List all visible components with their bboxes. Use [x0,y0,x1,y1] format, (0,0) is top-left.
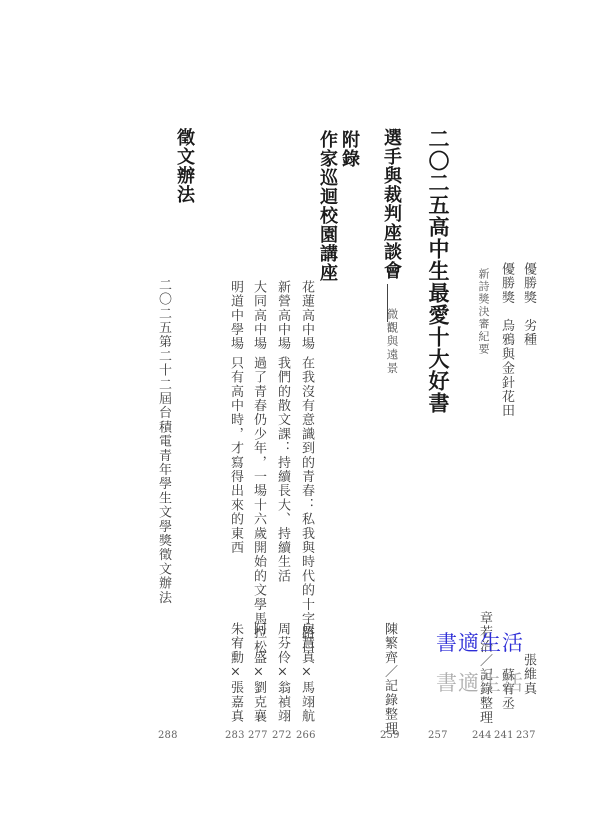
page-number: 277 [248,730,268,741]
talk-subtitle: 微觀與遠景 [386,308,398,376]
lecture-venue: 新營高中場 [276,280,289,351]
lecture-speakers: 周芬伶×翁禎翊 [276,622,289,723]
talk-title: 選手與裁判座談會 [381,128,402,280]
page-number: 288 [158,730,178,741]
rules-text: 二〇二五第二十二屆台積電青年學生文學獎徵文辦法 [157,278,170,605]
page-number: 237 [516,730,536,741]
award-entry-2: 優勝獎烏鴉與金針花田 [500,262,513,418]
award-entry-1: 優勝獎劣種 [522,262,535,347]
page-number: 241 [494,730,514,741]
lecture-venue: 花蓮高中場 [300,280,313,351]
section-title-contest: 二〇二五高中生最愛十大好書 [428,128,449,414]
watermark-gray: 書適生活 [436,667,524,697]
award-work: 烏鴉與金針花田 [499,319,514,418]
lecture-topic: 在我沒有意識到的青春：私我與時代的十字路口 [300,356,313,654]
lecture-topic: 過了青春仍少年，一場十六歲開始的文學馬拉松 [252,356,265,654]
section-title-rules: 徵文辦法 [175,128,193,204]
page-number: 272 [272,730,292,741]
page-number: 266 [296,730,316,741]
section-title-talk: 選手與裁判座談會 [382,128,400,322]
lecture-topic: 只有高中時，才寫得出來的東西 [229,356,242,555]
appendix-label: 附錄 [340,130,358,168]
page-number: 244 [472,730,492,741]
talk-credit: 陳繁齊／記錄整理 [383,622,396,736]
lecture-venue: 大同高中場 [252,280,265,351]
lecture-speakers: 房慧真×馬翊航 [300,622,313,723]
lecture-venue: 明道中學場 [229,280,242,351]
page-number: 257 [428,730,448,741]
award-entry-3: 新詩獎決審紀要 [478,268,489,356]
page-number: 283 [225,730,245,741]
award-label: 優勝獎 [499,262,514,305]
lecture-speakers: 朱宥勳×張嘉真 [229,622,242,723]
lecture-topic: 我們的散文課：持續長大、持續生活 [276,356,289,583]
lecture-speakers: 阿 盛×劉克襄 [252,622,265,723]
section-title-lecture: 作家巡迴校園講座 [318,130,336,282]
award-work: 劣種 [521,319,536,347]
page-number: 259 [380,730,400,741]
award-label: 優勝獎 [521,262,536,305]
watermark-blue: 書適生活 [436,627,524,657]
